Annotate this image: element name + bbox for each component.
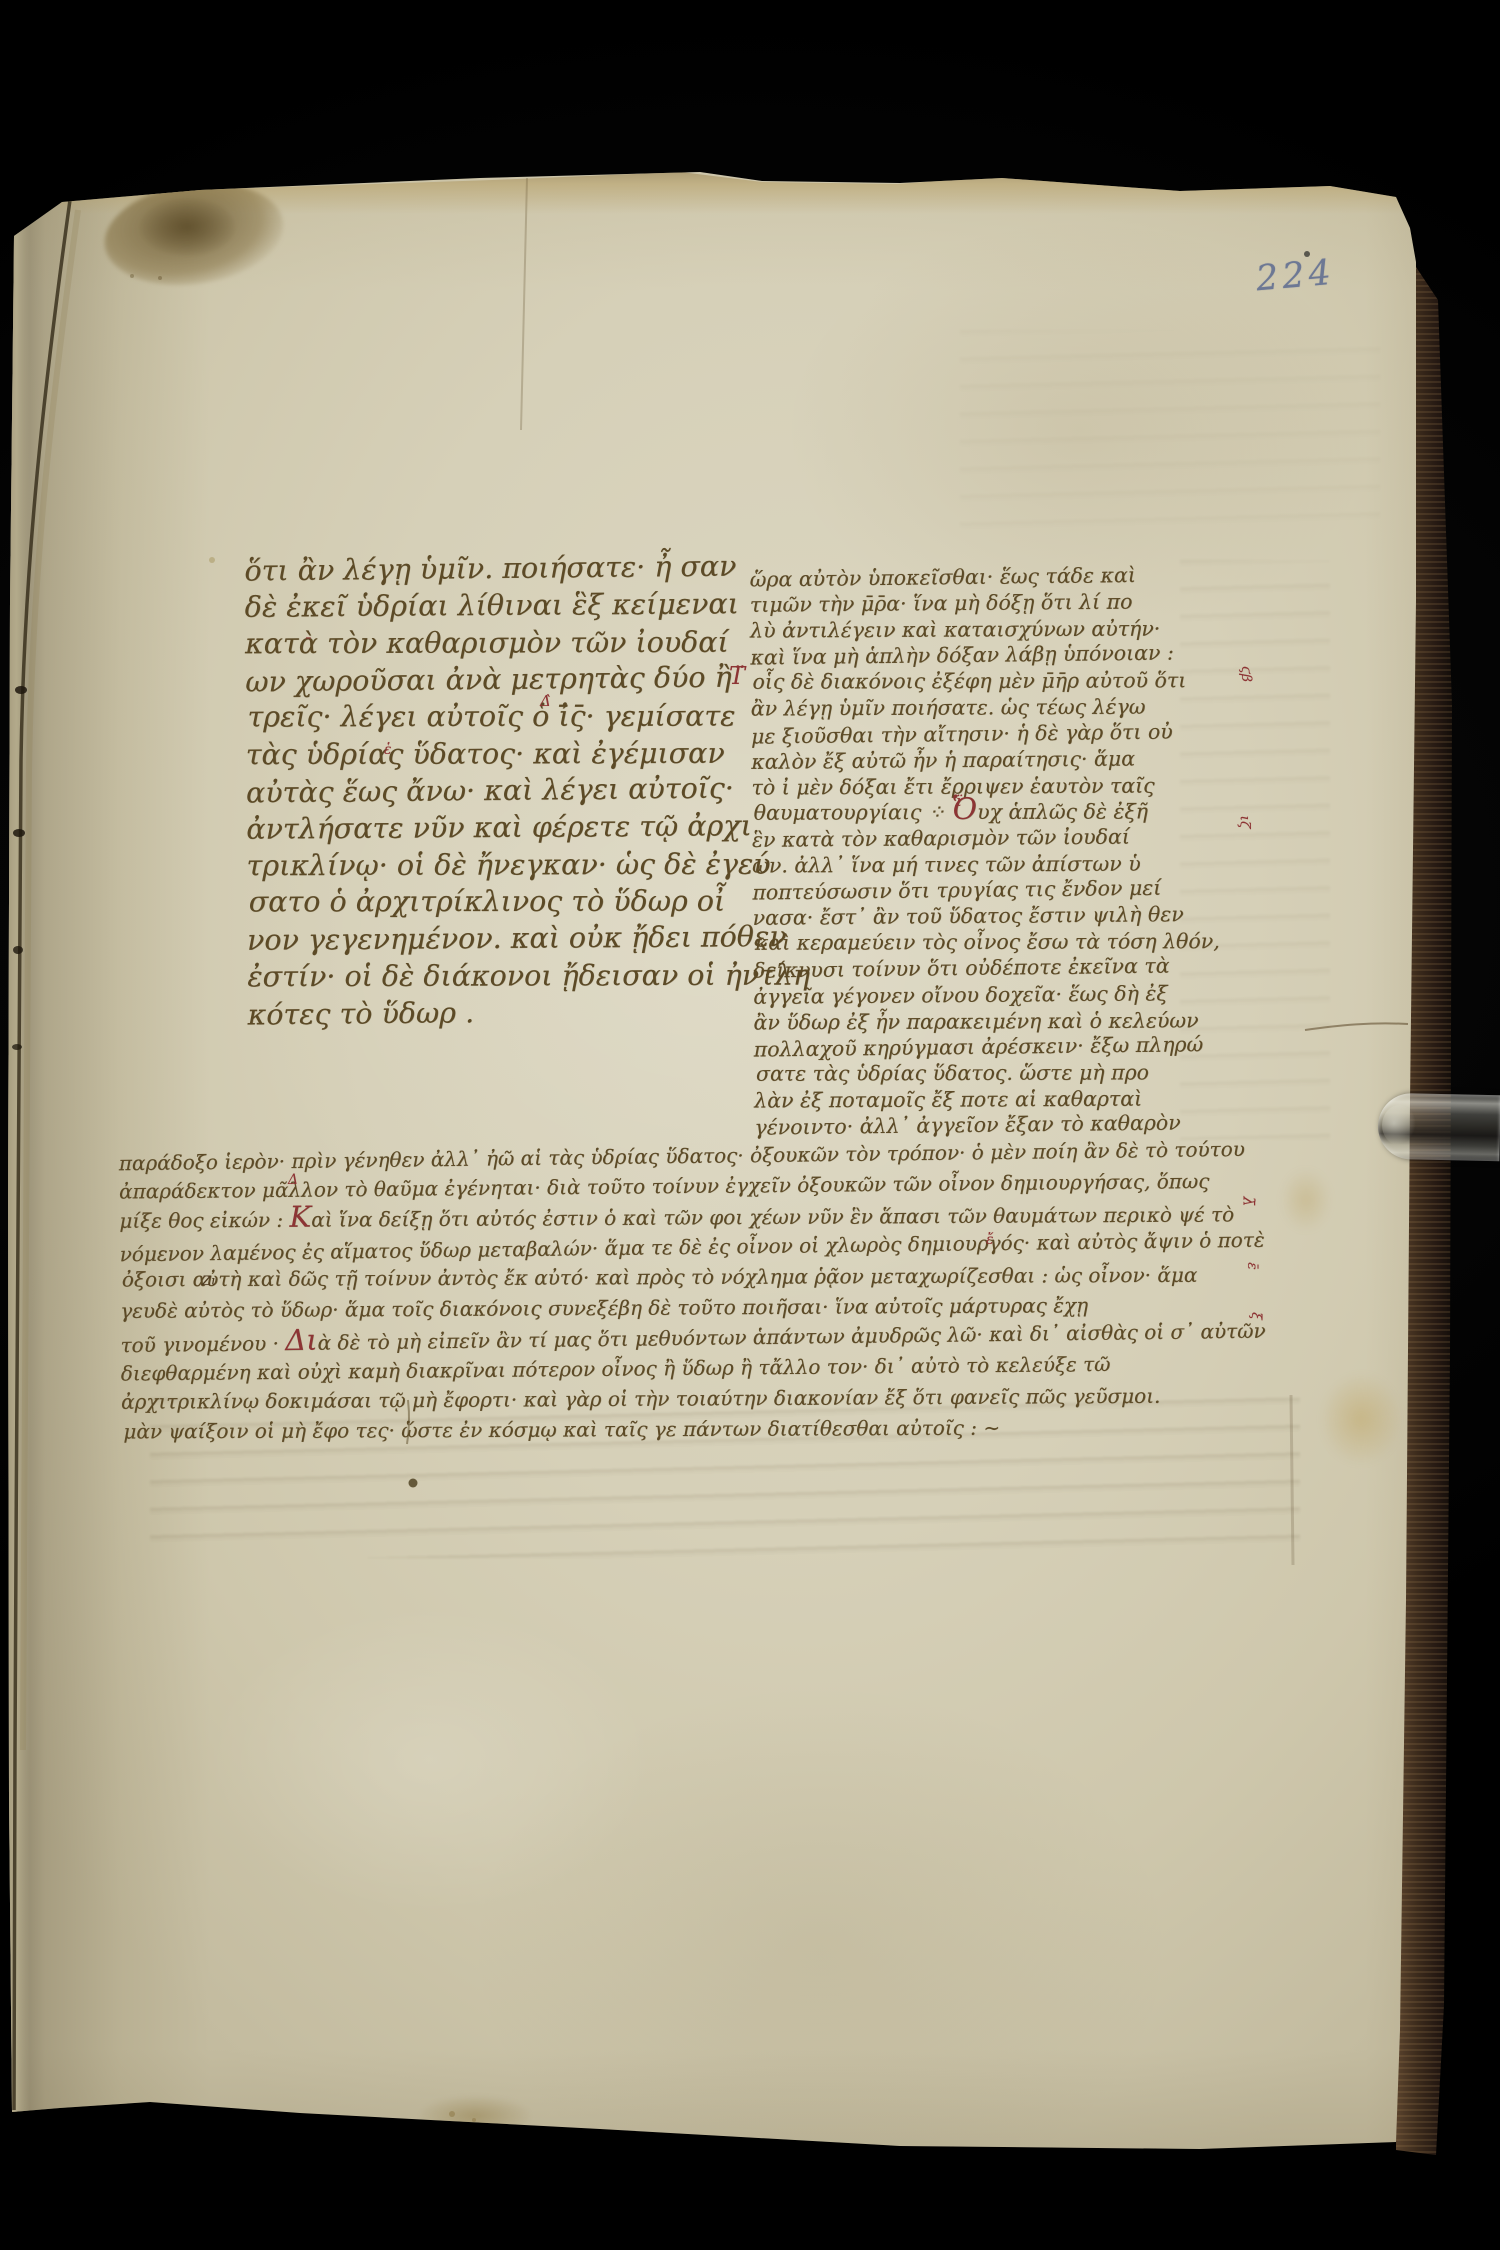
commentary-text-column: ὥρα αὐτὸν ὑποκεῖσθαι· ἕως τάδε καὶτιμῶν … xyxy=(750,562,1180,1140)
manuscript-text-line: δὲ ἐκεῖ ὑδρίαι λίθιναι ἓξ κείμεναι xyxy=(245,585,750,626)
line-text: υχ ἁπλῶς δὲ ἐξῆ xyxy=(977,799,1148,824)
manuscript-text-line: ἐστίν· οἱ δὲ διάκονοι ᾔδεισαν οἱ ἠντλη xyxy=(247,957,752,996)
gutter-crease-highlight xyxy=(23,210,78,1750)
manuscript-text-line: οἷς δὲ διακόνοις ἐξέφη μὲν μ̄η̄ρ αὐτοῦ ὅ… xyxy=(752,668,1177,696)
marginal-siglum: ἑ xyxy=(384,742,392,758)
marginal-siglum: Ζι xyxy=(202,1274,216,1289)
marginal-siglum: ιζ xyxy=(1237,815,1253,828)
manuscript-text-line: σατε τὰς ὑδρίας ὕδατος. ὥστε μὴ προ xyxy=(756,1059,1181,1087)
line-text: μίξε θος εἰκών : xyxy=(119,1207,289,1232)
manuscript-text-line: νον γεγενημένον. καὶ οὐκ ᾔδει πόθεν xyxy=(247,918,752,959)
manuscript-text-line: αὐτὰς ἕως ἄνω· καὶ λέγει αὐτοῖς· xyxy=(246,769,751,811)
marginal-siglum: ¯ xyxy=(303,634,311,653)
manuscript-text-line: ὅτι ἂν λέγῃ ὑμῖν. ποιήσατε· ἦ σαν xyxy=(244,547,749,589)
manuscript-text-line: ἂν λέγῃ ὑμῖν ποιήσατε. ὡς τέως λέγω xyxy=(751,694,1176,722)
line-text: θαυματουργίαις ⁘ xyxy=(754,800,952,825)
glass-rod xyxy=(1377,1093,1500,1162)
manuscript-text-line: κότες τὸ ὕδωρ . xyxy=(247,991,752,1033)
manuscript-text-line: τὰς ὑδρίας ὕδατος· καὶ ἐγέμισαν xyxy=(246,735,751,774)
verso-show-through xyxy=(960,330,1380,540)
manuscript-text-line: μὰν ψαίξοιν οἱ μὴ ἔφο τες· ὥστε ἐν κόσμῳ… xyxy=(123,1411,1258,1446)
parchment-stain xyxy=(420,2096,530,2136)
speck xyxy=(209,557,215,563)
marginal-siglum: Δ xyxy=(288,1172,298,1188)
manuscript-text-line: πολλαχοῦ κηρύγμασι ἀρέσκειν· ἔξω πληρώ xyxy=(754,1031,1179,1062)
parchment-stain xyxy=(1282,1170,1330,1230)
marginal-siglum: ξ̄ xyxy=(1248,1312,1264,1320)
manuscript-text-line: σατο ὁ ἀρχιτρίκλινος τὸ ὕδωρ οἶ xyxy=(249,883,754,921)
marginal-siglum: λ̄ xyxy=(1240,1196,1259,1206)
manuscript-text-line: καὶ ἵνα μὴ ἁπλὴν δόξαν λάβῃ ὑπόνοιαν : xyxy=(750,640,1175,671)
rubric-initial: Δι xyxy=(285,1322,318,1356)
marginal-siglum: Τ̈ xyxy=(729,662,745,690)
manuscript-text-line: νασα· ἔστ᾽ ἂν τοῦ ὕδατος ἔστιν ψιλὴ θεν xyxy=(752,901,1177,931)
marginal-siglum: Δ̂ xyxy=(540,692,551,710)
manuscript-text-line: κατὰ τὸν καθαρισμὸν τῶν ἰουδαί xyxy=(245,624,750,663)
gospel-text-column: ὅτι ἂν λέγῃ ὑμῖν. ποιήσατε· ἦ σανδὲ ἐκεῖ… xyxy=(244,548,752,1033)
manuscript-text-line: ων χωροῦσαι ἀνὰ μετρητὰς δύο ἢ xyxy=(245,658,750,700)
manuscript-photo: 224 ὅτι ἂν λέγῃ ὑμῖν. ποιήσατε· ἦ σανδὲ … xyxy=(0,0,1500,2250)
marginal-siglum: ϊ xyxy=(956,792,962,810)
manuscript-text-line: ἂν ὕδωρ ἐξ ἦν παρακειμένη καὶ ὁ κελεύων xyxy=(753,1007,1178,1035)
parchment-stain xyxy=(1322,1375,1400,1463)
marginal-siglum: ἔ xyxy=(986,1232,994,1248)
manuscript-page: 224 ὅτι ἂν λέγῃ ὑμῖν. ποιήσατε· ἦ σανδὲ … xyxy=(0,0,1500,2250)
manuscript-text-line: τιμῶν τὴν μ̄ρ̄α· ἵνα μὴ δόξῃ ὅτι λί πο xyxy=(750,588,1175,618)
marginal-siglum: ε̄ xyxy=(1244,1262,1260,1270)
folio-number: 224 xyxy=(1254,253,1336,300)
manuscript-text-line: ἀντλήσατε νῦν καὶ φέρετε τῷ ἀρχι xyxy=(246,807,751,848)
line-text: τοῦ γινομένου · xyxy=(120,1331,285,1357)
marginal-siglum: ϛβ xyxy=(1238,666,1254,682)
manuscript-text-line: τρεῖς· λέγει αὐτοῖς ὁ ἰ̄ς̄· γεμίσατε xyxy=(247,698,752,736)
manuscript-text-line: καὶ κεραμεύειν τὸς οἶνος ἔσω τὰ τόση λθό… xyxy=(755,929,1180,957)
manuscript-text-line: θαυματουργίαις ⁘ Ὁυχ ἁπλῶς δὲ ἐξῆ xyxy=(754,798,1179,826)
manuscript-text-line: ἓν κατὰ τὸν καθαρισμὸν τῶν ἰουδαί xyxy=(752,823,1177,853)
rubric-initial: Κ xyxy=(289,1199,311,1233)
manuscript-text-line: ἀγγεῖα γέγονεν οἴνου δοχεῖα· ἕως δὴ ἐξ xyxy=(753,980,1178,1010)
parchment-crease-line xyxy=(521,178,527,430)
gutter-leaf-edges xyxy=(0,210,30,2120)
manuscript-text-line: καλὸν ἔξ αὐτῶ ἦν ἡ παραίτησις· ἅμα xyxy=(751,745,1176,775)
manuscript-text-line: τρικλίνῳ· οἱ δὲ ἤνεγκαν· ὡς δὲ ἐγεύ xyxy=(246,846,751,885)
parchment-stain xyxy=(140,198,235,256)
